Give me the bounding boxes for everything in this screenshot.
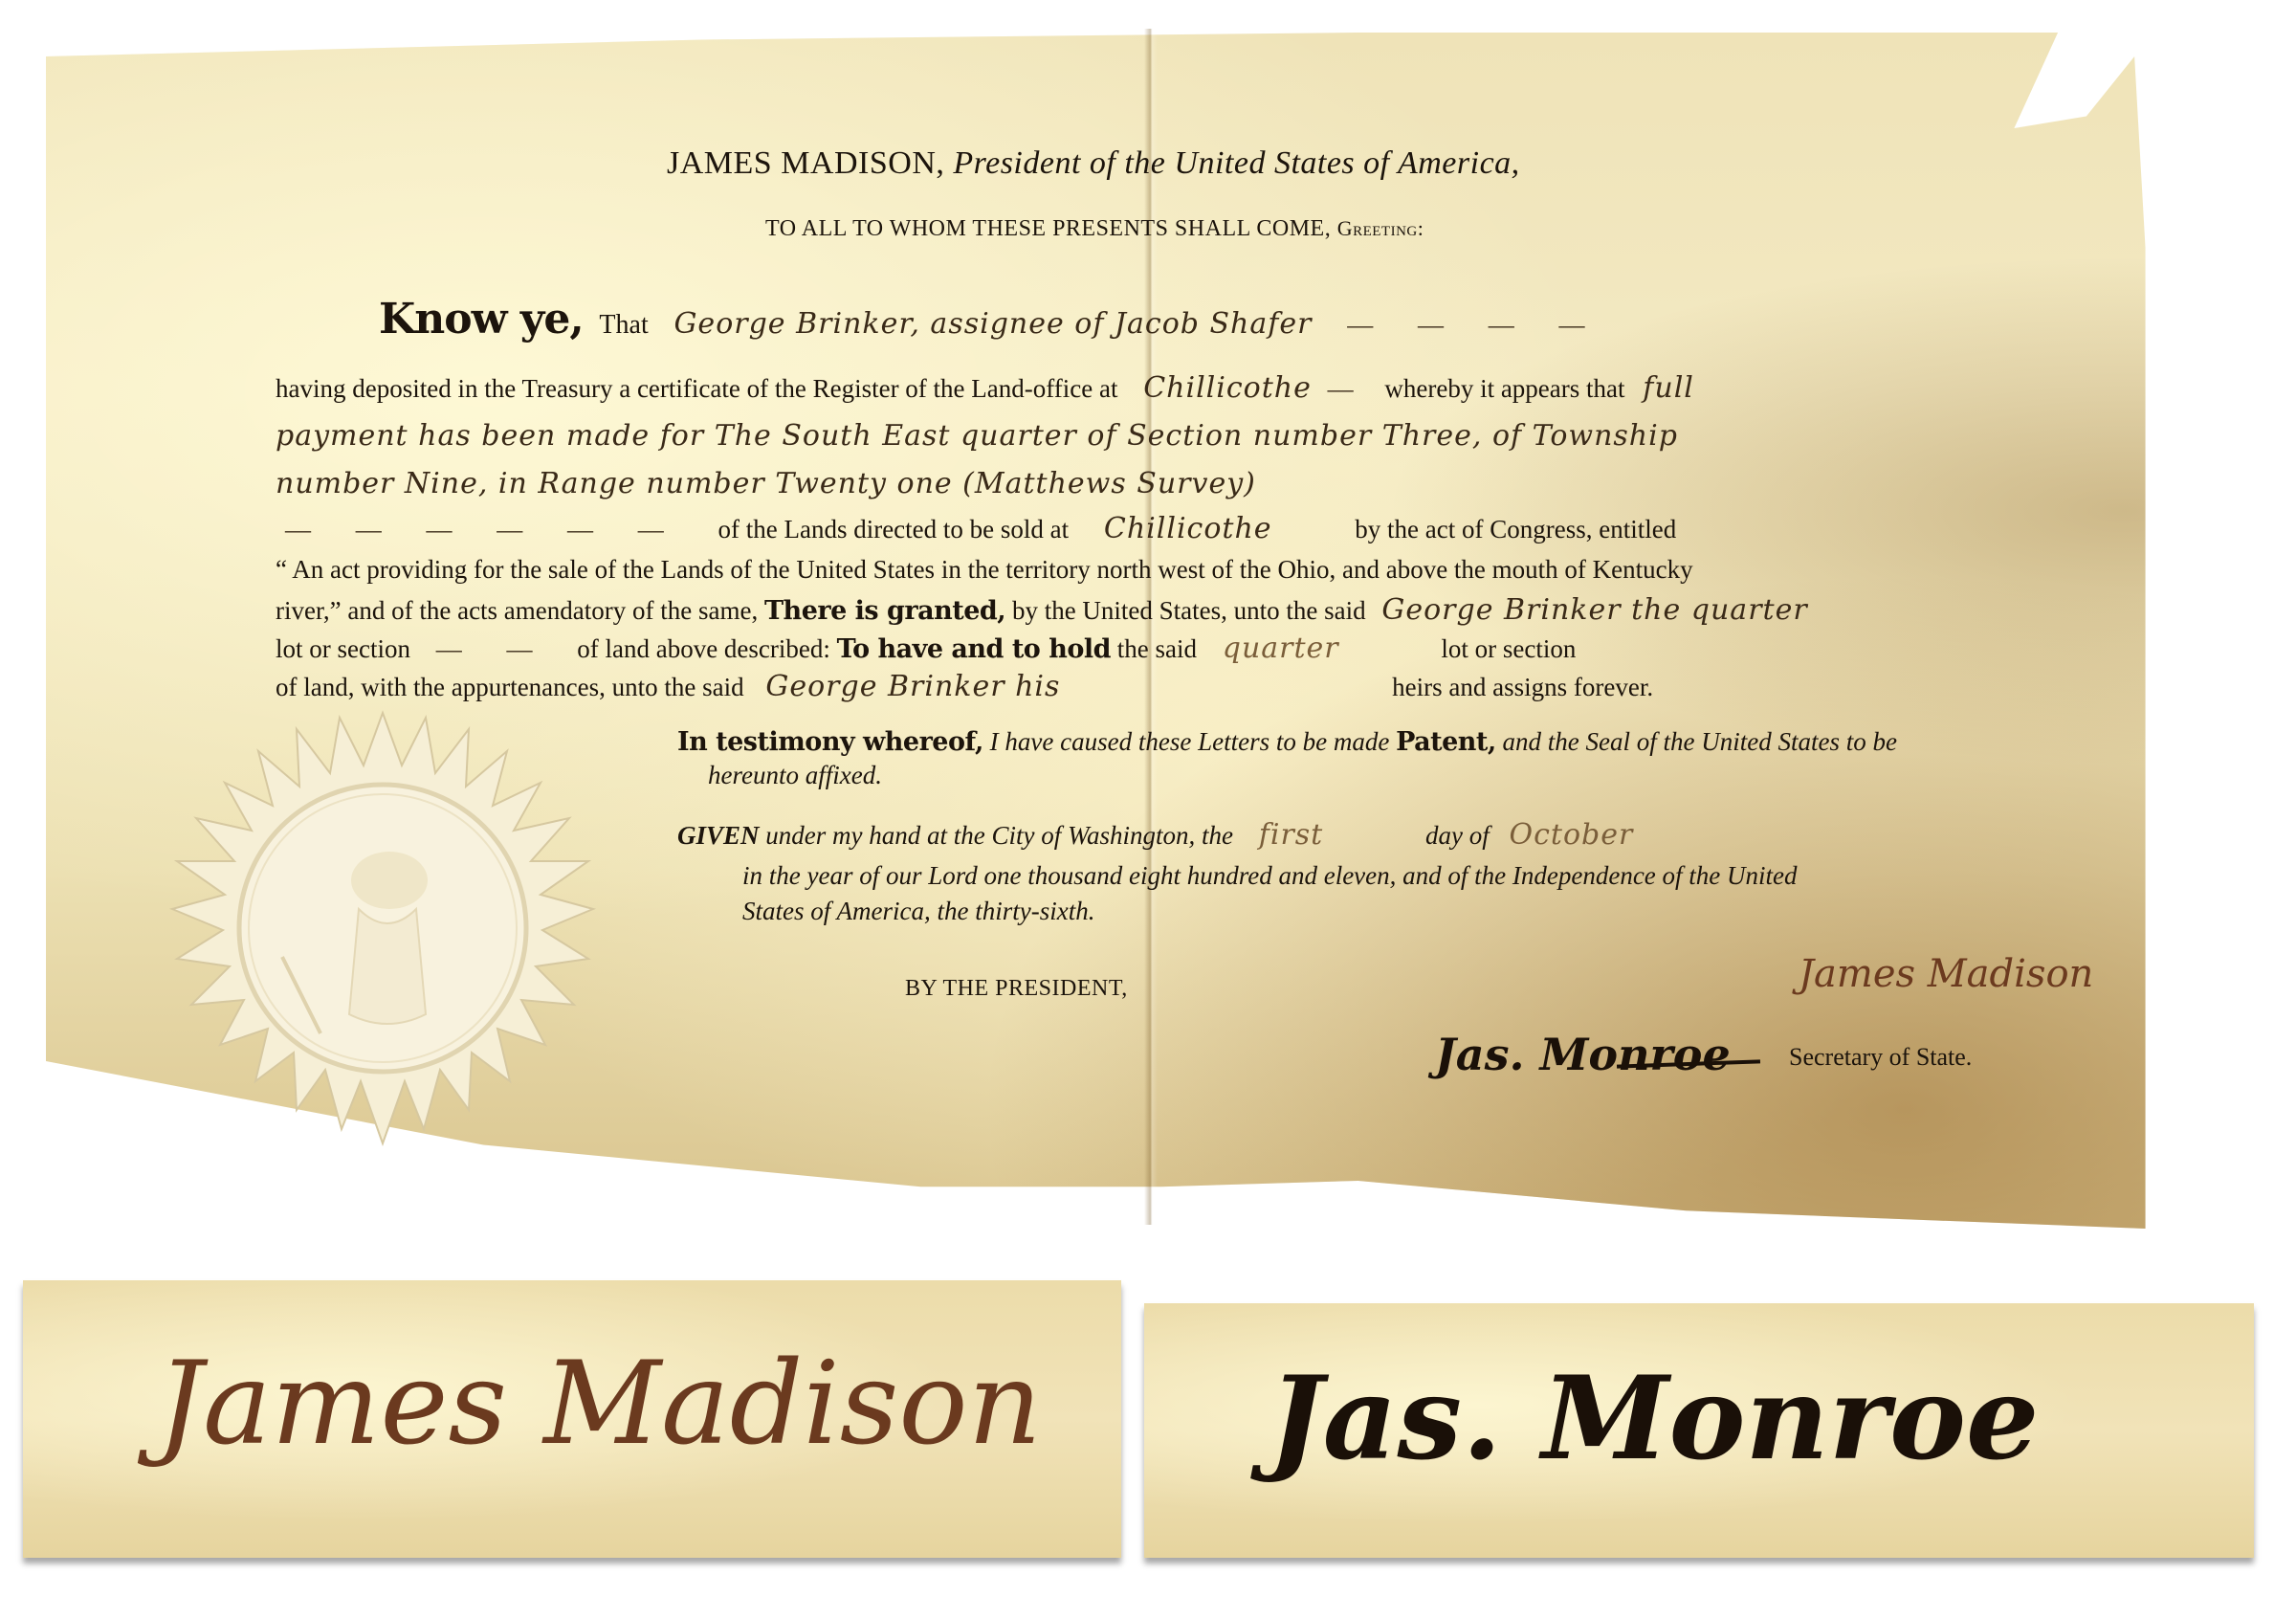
hereunto-affixed-line: hereunto affixed. <box>708 761 882 790</box>
sold-at-handwritten: Chillicothe <box>1104 512 1272 545</box>
lot-section-text: lot or section <box>276 634 410 663</box>
madison-signature-closeup: James Madison <box>157 1338 1042 1471</box>
appurtenances-line: of land, with the appurtenances, unto th… <box>276 670 1653 703</box>
unto-said-text: by the United States, unto the said <box>1012 596 1366 625</box>
independence-line: States of America, the thirty-sixth. <box>742 897 1094 926</box>
patent-blackletter: Patent, <box>1396 727 1496 757</box>
secretary-of-state-label: Secretary of State. <box>1789 1043 1972 1072</box>
lot-section-text-2: lot or section <box>1441 634 1576 663</box>
greeting-word: Greeting: <box>1337 216 1424 240</box>
heirs-assigns-text: heirs and assigns forever. <box>1392 673 1653 701</box>
greeting-text: TO ALL TO WHOM THESE PRESENTS SHALL COME… <box>765 216 1331 241</box>
madison-signature: James Madison <box>1799 952 2093 996</box>
given-word: GIVEN <box>677 821 760 850</box>
deposit-text: having deposited in the Treasury a certi… <box>276 374 1117 403</box>
that-word: That <box>599 310 648 340</box>
embossed-seal-icon <box>167 708 598 1148</box>
given-text-a: under my hand at the City of Washington,… <box>765 821 1233 850</box>
whereby-text: whereby it appears that <box>1384 374 1624 403</box>
know-ye-blackletter: Know ye, <box>379 295 584 344</box>
grantee-quarter-handwritten: George Brinker the quarter <box>1381 593 1807 627</box>
president-title: President of the United States of Americ… <box>953 145 1519 181</box>
given-line: GIVEN under my hand at the City of Washi… <box>677 818 1633 852</box>
monroe-signature: Jas. Monroe <box>1435 1029 1731 1080</box>
greeting-line: TO ALL TO WHOM THESE PRESENTS SHALL COME… <box>765 216 1424 242</box>
testimony-text-b: and the Seal of the United States to be <box>1503 727 1897 756</box>
know-ye-line: Know ye, That George Brinker, assignee o… <box>379 295 1603 344</box>
by-the-president-label: BY THE PRESIDENT, <box>905 976 1128 1002</box>
the-said-text: the said <box>1117 634 1197 663</box>
monroe-signature-detail-panel: Jas. Monroe <box>1144 1303 2254 1558</box>
to-have-line: lot or section — — of land above describ… <box>276 632 1576 665</box>
grantee-his-handwritten: George Brinker his <box>765 670 1060 703</box>
act-of-congress-text: by the act of Congress, entitled <box>1355 515 1676 543</box>
madison-signature-detail-panel: James Madison <box>23 1280 1121 1558</box>
amendatory-text: river,” and of the acts amendatory of th… <box>276 596 758 625</box>
year-line: in the year of our Lord one thousand eig… <box>742 861 1798 891</box>
there-is-granted-blackletter: There is granted, <box>764 596 1005 626</box>
land-office-handwritten: Chillicothe <box>1143 371 1312 405</box>
day-handwritten: first <box>1259 818 1324 852</box>
document-heading: JAMES MADISON, President of the United S… <box>667 145 1520 182</box>
day-of-text: day of <box>1425 821 1490 850</box>
act-title-line: “ An act providing for the sale of the L… <box>276 555 1693 585</box>
lands-sold-line: — — — — — — of the Lands directed to be … <box>285 512 1676 545</box>
lands-sold-text: of the Lands directed to be sold at <box>718 515 1070 543</box>
full-handwritten: full <box>1643 371 1694 405</box>
center-fold-crease <box>1144 29 1158 1225</box>
grantee-handwritten: George Brinker, assignee of Jacob Shafer <box>673 307 1312 341</box>
payment-handwritten-line: payment has been made for The South East… <box>276 419 1678 453</box>
land-described-text: of land above described: <box>577 634 830 663</box>
testimony-line: In testimony whereof, I have caused thes… <box>677 727 1897 757</box>
appurtenances-text: of land, with the appurtenances, unto th… <box>276 673 744 701</box>
quarter-handwritten: quarter <box>1223 632 1339 665</box>
to-have-and-to-hold-blackletter: To have and to hold <box>837 634 1111 664</box>
range-handwritten-line: number Nine, in Range number Twenty one … <box>276 467 1256 500</box>
granted-line: river,” and of the acts amendatory of th… <box>276 593 1808 627</box>
monroe-signature-closeup: Jas. Monroe <box>1269 1351 2039 1486</box>
month-handwritten: October <box>1510 818 1634 852</box>
deposit-line: having deposited in the Treasury a certi… <box>276 371 1694 405</box>
testimony-text-a: I have caused these Letters to be made <box>990 727 1390 756</box>
president-name: JAMES MADISON, <box>667 145 944 181</box>
in-testimony-blackletter: In testimony whereof, <box>677 727 983 757</box>
